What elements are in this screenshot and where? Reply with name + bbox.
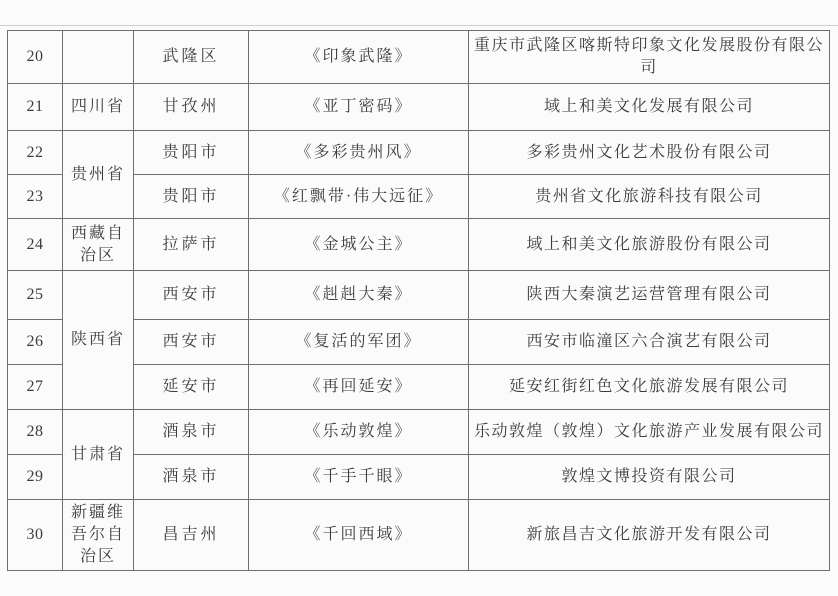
city-cell: 武隆区 <box>134 31 249 84</box>
province-cell: 甘肃省 <box>63 410 134 500</box>
row-number-cell: 23 <box>8 175 63 219</box>
company-cell: 乐动敦煌（敦煌）文化旅游产业发展有限公司 <box>469 410 830 455</box>
company-cell: 陕西大秦演艺运营管理有限公司 <box>469 271 830 320</box>
city-cell: 拉萨市 <box>134 219 249 271</box>
document-page: 20武隆区《印象武隆》重庆市武隆区喀斯特印象文化发展股份有限公司21四川省甘孜州… <box>0 0 838 596</box>
row-number-cell: 30 <box>8 500 63 571</box>
table-row: 21四川省甘孜州《亚丁密码》域上和美文化发展有限公司 <box>8 84 830 131</box>
row-number-cell: 24 <box>8 219 63 271</box>
company-cell: 敦煌文博投资有限公司 <box>469 455 830 500</box>
city-cell: 贵阳市 <box>134 131 249 175</box>
company-cell: 贵州省文化旅游科技有限公司 <box>469 175 830 219</box>
company-cell: 西安市临潼区六合演艺有限公司 <box>469 320 830 365</box>
table-row: 30新疆维吾尔自治区昌吉州《千回西域》新旅昌吉文化旅游开发有限公司 <box>8 500 830 571</box>
row-number-cell: 22 <box>8 131 63 175</box>
city-cell: 延安市 <box>134 365 249 410</box>
company-cell: 重庆市武隆区喀斯特印象文化发展股份有限公司 <box>469 31 830 84</box>
row-number-cell: 25 <box>8 271 63 320</box>
table-row: 24西藏自治区拉萨市《金城公主》域上和美文化旅游股份有限公司 <box>8 219 830 271</box>
row-number-cell: 27 <box>8 365 63 410</box>
city-cell: 昌吉州 <box>134 500 249 571</box>
show-title-cell: 《千手千眼》 <box>249 455 469 500</box>
city-cell: 酒泉市 <box>134 455 249 500</box>
show-title-cell: 《再回延安》 <box>249 365 469 410</box>
show-title-cell: 《金城公主》 <box>249 219 469 271</box>
show-title-cell: 《红飘带·伟大远征》 <box>249 175 469 219</box>
row-number-cell: 29 <box>8 455 63 500</box>
row-number-cell: 21 <box>8 84 63 131</box>
shows-table: 20武隆区《印象武隆》重庆市武隆区喀斯特印象文化发展股份有限公司21四川省甘孜州… <box>7 30 830 571</box>
show-title-cell: 《复活的军团》 <box>249 320 469 365</box>
company-cell: 域上和美文化旅游股份有限公司 <box>469 219 830 271</box>
city-cell: 酒泉市 <box>134 410 249 455</box>
table-row: 25陕西省西安市《赳赳大秦》陕西大秦演艺运营管理有限公司 <box>8 271 830 320</box>
show-title-cell: 《乐动敦煌》 <box>249 410 469 455</box>
city-cell: 贵阳市 <box>134 175 249 219</box>
show-title-cell: 《千回西域》 <box>249 500 469 571</box>
show-title-cell: 《印象武隆》 <box>249 31 469 84</box>
show-title-cell: 《多彩贵州风》 <box>249 131 469 175</box>
province-cell: 西藏自治区 <box>63 219 134 271</box>
city-cell: 西安市 <box>134 320 249 365</box>
row-number-cell: 28 <box>8 410 63 455</box>
show-title-cell: 《赳赳大秦》 <box>249 271 469 320</box>
row-number-cell: 20 <box>8 31 63 84</box>
row-number-cell: 26 <box>8 320 63 365</box>
province-cell: 四川省 <box>63 84 134 131</box>
company-cell: 延安红街红色文化旅游发展有限公司 <box>469 365 830 410</box>
city-cell: 西安市 <box>134 271 249 320</box>
province-cell <box>63 31 134 84</box>
company-cell: 域上和美文化发展有限公司 <box>469 84 830 131</box>
table-row: 22贵州省贵阳市《多彩贵州风》多彩贵州文化艺术股份有限公司 <box>8 131 830 175</box>
table-row: 20武隆区《印象武隆》重庆市武隆区喀斯特印象文化发展股份有限公司 <box>8 31 830 84</box>
company-cell: 多彩贵州文化艺术股份有限公司 <box>469 131 830 175</box>
province-cell: 陕西省 <box>63 271 134 410</box>
table-body: 20武隆区《印象武隆》重庆市武隆区喀斯特印象文化发展股份有限公司21四川省甘孜州… <box>8 31 830 571</box>
show-title-cell: 《亚丁密码》 <box>249 84 469 131</box>
province-cell: 新疆维吾尔自治区 <box>63 500 134 571</box>
table-row: 28甘肃省酒泉市《乐动敦煌》乐动敦煌（敦煌）文化旅游产业发展有限公司 <box>8 410 830 455</box>
province-cell: 贵州省 <box>63 131 134 219</box>
company-cell: 新旅昌吉文化旅游开发有限公司 <box>469 500 830 571</box>
scan-artifact-line <box>0 25 838 26</box>
city-cell: 甘孜州 <box>134 84 249 131</box>
